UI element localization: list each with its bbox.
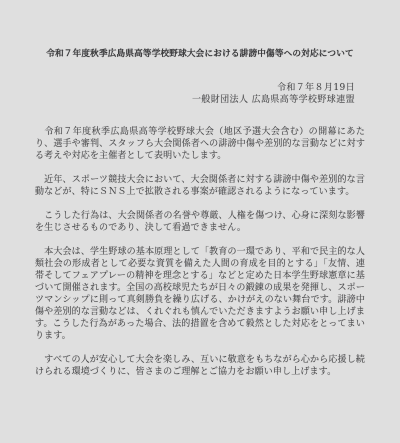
document-header-block: 令和７年８月19日 一般財団法人 広島県高等学校野球連盟 [35, 82, 365, 106]
document-date: 令和７年８月19日 [35, 82, 355, 94]
paragraph: 本大会は、学生野球の基本原理として「教育の一環であり、平和で民主的な人類社会の形… [35, 246, 365, 342]
paragraph: すべての人が安心して大会を楽しみ、互いに敬意をもちながら心から応援し続けられる環… [35, 354, 365, 378]
paragraph: こうした行為は、大会関係者の名誉や尊厳、人権を傷つけ、心身に深刻な影響を生じさせ… [35, 210, 365, 234]
document-content: 令和７年度秋季広島県高等学校野球大会における誹謗中傷等への対応について 令和７年… [0, 0, 400, 378]
document-page: 令和７年度秋季広島県高等学校野球大会における誹謗中傷等への対応について 令和７年… [0, 0, 400, 443]
paragraph: 令和７年度秋季広島県高等学校野球大会（地区予選大会含む）の開幕にあたり、選手や審… [35, 126, 365, 162]
document-body: 令和７年度秋季広島県高等学校野球大会（地区予選大会含む）の開幕にあたり、選手や審… [35, 126, 365, 378]
paragraph: 近年、スポーツ競技大会において、大会関係者に対する誹謗中傷や差別的な言動などが、… [35, 174, 365, 198]
document-organization: 一般財団法人 広島県高等学校野球連盟 [35, 94, 355, 106]
document-title: 令和７年度秋季広島県高等学校野球大会における誹謗中傷等への対応について [35, 48, 365, 60]
